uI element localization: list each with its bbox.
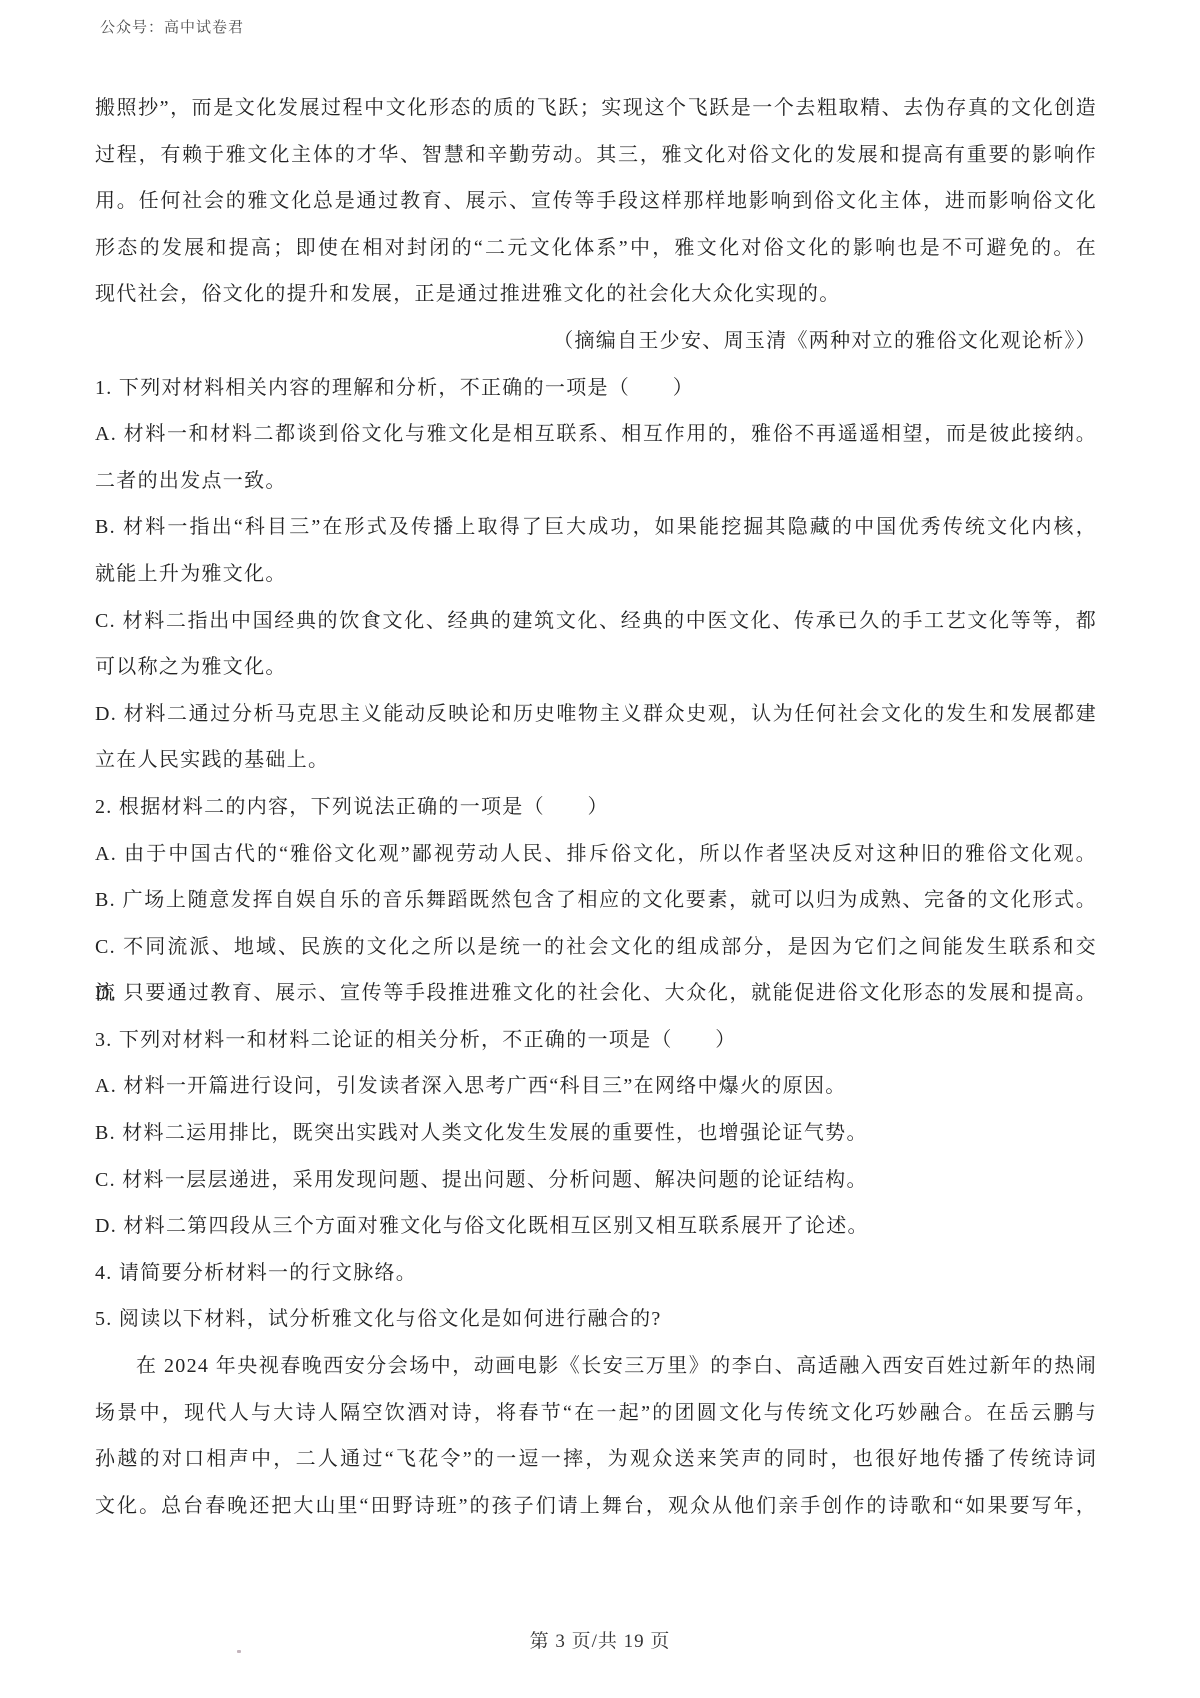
text-line: 过程，有赖于雅文化主体的才华、智慧和辛勤劳动。其三，雅文化对俗文化的发展和提高有… bbox=[95, 132, 1097, 179]
text-line: B. 广场上随意发挥自娱自乐的音乐舞蹈既然包含了相应的文化要素，就可以归为成熟、… bbox=[95, 877, 1097, 924]
text-line: 立在人民实践的基础上。 bbox=[95, 737, 1097, 784]
text-line: 现代社会，俗文化的提升和发展，正是通过推进雅文化的社会化大众化实现的。 bbox=[95, 271, 1097, 318]
text-line: B. 材料二运用排比，既突出实践对人类文化发生发展的重要性，也增强论证气势。 bbox=[95, 1110, 1097, 1157]
document-page: 公众号：高中试卷君 搬照抄”，而是文化发展过程中文化形态的质的飞跃；实现这个飞跃… bbox=[0, 0, 1200, 1698]
text-line: 5. 阅读以下材料，试分析雅文化与俗文化是如何进行融合的? bbox=[95, 1296, 1097, 1343]
text-line: 场景中，现代人与大诗人隔空饮酒对诗，将春节“在一起”的团圆文化与传统文化巧妙融合… bbox=[95, 1390, 1097, 1437]
text-line: B. 材料一指出“科目三”在形式及传播上取得了巨大成功，如果能挖掘其隐藏的中国优… bbox=[95, 504, 1097, 551]
text-line: 形态的发展和提高；即使在相对封闭的“二元文化体系”中，雅文化对俗文化的影响也是不… bbox=[95, 225, 1097, 272]
watermark-public-account: 公众号：高中试卷君 bbox=[100, 16, 244, 37]
text-line: A. 由于中国古代的“雅俗文化观”鄙视劳动人民、排斥俗文化，所以作者坚决反对这种… bbox=[95, 831, 1097, 878]
text-line: 在 2024 年央视春晚西安分会场中，动画电影《长安三万里》的李白、高适融入西安… bbox=[95, 1343, 1097, 1390]
text-line: A. 材料一和材料二都谈到俗文化与雅文化是相互联系、相互作用的，雅俗不再遥遥相望… bbox=[95, 411, 1097, 458]
document-body: 搬照抄”，而是文化发展过程中文化形态的质的飞跃；实现这个飞跃是一个去粗取精、去伪… bbox=[95, 85, 1097, 1529]
text-line: 2. 根据材料二的内容，下列说法正确的一项是（ ） bbox=[95, 784, 1097, 831]
text-line: 4. 请简要分析材料一的行文脉络。 bbox=[95, 1250, 1097, 1297]
text-line: 1. 下列对材料相关内容的理解和分析，不正确的一项是（ ） bbox=[95, 365, 1097, 412]
page-number: 第 3 页/共 19 页 bbox=[0, 1626, 1200, 1653]
text-line: 文化。总台春晚还把大山里“田野诗班”的孩子们请上舞台，观众从他们亲手创作的诗歌和… bbox=[95, 1483, 1097, 1530]
text-line: 搬照抄”，而是文化发展过程中文化形态的质的飞跃；实现这个飞跃是一个去粗取精、去伪… bbox=[95, 85, 1097, 132]
text-line: D. 只要通过教育、展示、宣传等手段推进雅文化的社会化、大众化，就能促进俗文化形… bbox=[95, 970, 1097, 1017]
text-line: 可以称之为雅文化。 bbox=[95, 644, 1097, 691]
text-line: C. 不同流派、地域、民族的文化之所以是统一的社会文化的组成部分，是因为它们之间… bbox=[95, 924, 1097, 971]
text-line: 二者的出发点一致。 bbox=[95, 458, 1097, 505]
text-line: （摘编自王少安、周玉清《两种对立的雅俗文化观论析》） bbox=[95, 318, 1097, 365]
text-line: A. 材料一开篇进行设问，引发读者深入思考广西“科目三”在网络中爆火的原因。 bbox=[95, 1063, 1097, 1110]
text-line: 就能上升为雅文化。 bbox=[95, 551, 1097, 598]
scan-speck-artifact bbox=[237, 1650, 241, 1653]
text-line: 用。任何社会的雅文化总是通过教育、展示、宣传等手段这样那样地影响到俗文化主体，进… bbox=[95, 178, 1097, 225]
text-line: 孙越的对口相声中，二人通过“飞花令”的一逗一摔，为观众送来笑声的同时，也很好地传… bbox=[95, 1436, 1097, 1483]
text-line: D. 材料二第四段从三个方面对雅文化与俗文化既相互区别又相互联系展开了论述。 bbox=[95, 1203, 1097, 1250]
text-line: D. 材料二通过分析马克思主义能动反映论和历史唯物主义群众史观，认为任何社会文化… bbox=[95, 691, 1097, 738]
text-line: C. 材料一层层递进，采用发现问题、提出问题、分析问题、解决问题的论证结构。 bbox=[95, 1157, 1097, 1204]
text-line: C. 材料二指出中国经典的饮食文化、经典的建筑文化、经典的中医文化、传承已久的手… bbox=[95, 598, 1097, 645]
text-line: 3. 下列对材料一和材料二论证的相关分析，不正确的一项是（ ） bbox=[95, 1017, 1097, 1064]
